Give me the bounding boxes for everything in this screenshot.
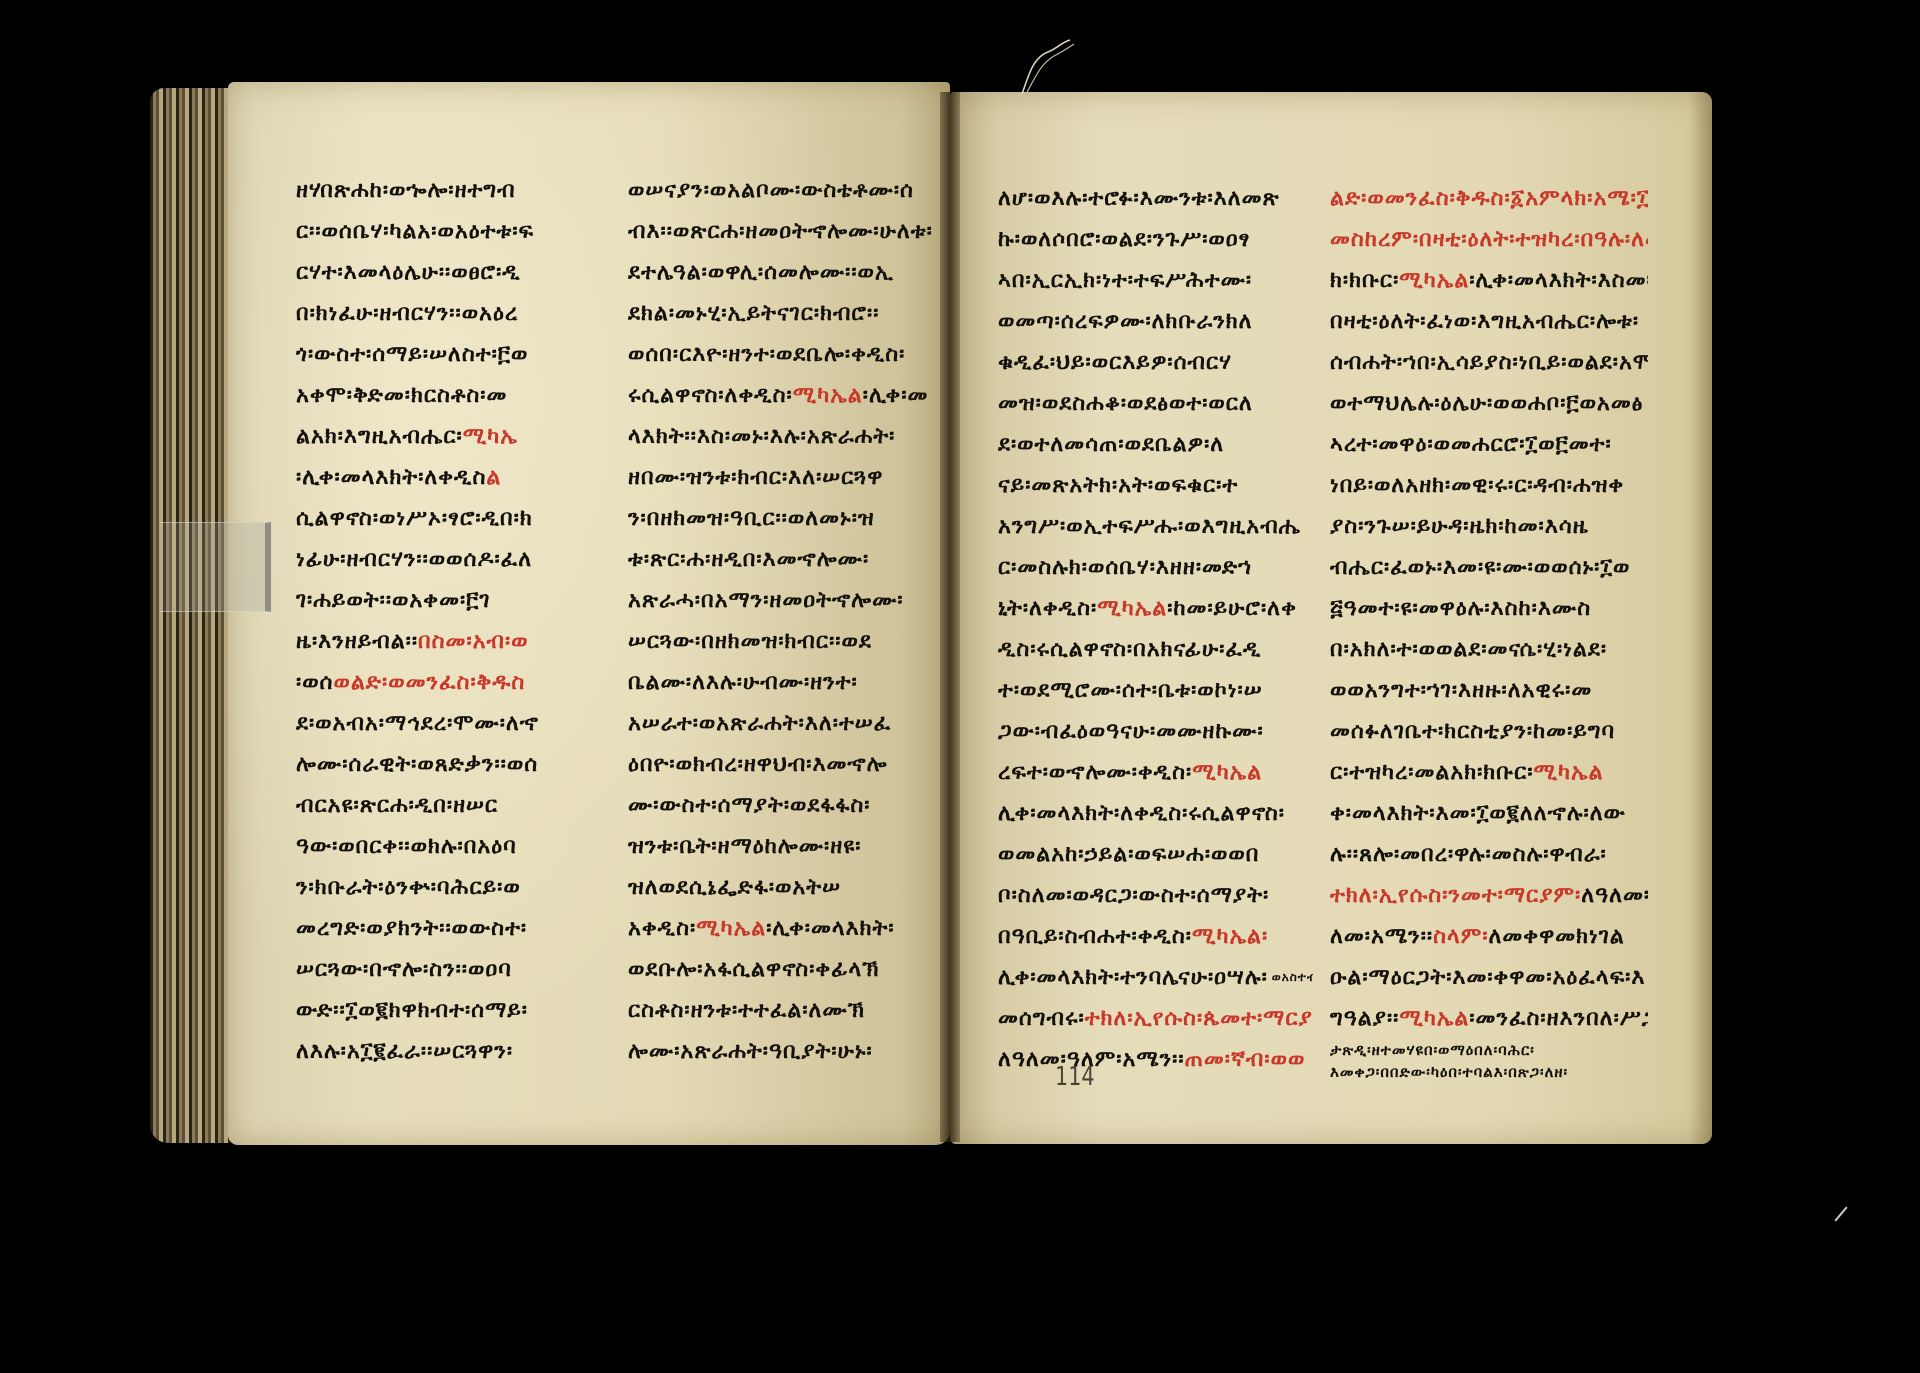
ink-text: ሎሙ፡ሰራዊት፡ወጸድቃን፡፡ወሰ: [296, 752, 538, 777]
text-line: ኒት፡ለቀዲስ፡ሚካኤል፡ከመ፡ይሁሮ፡ለቀ: [998, 588, 1313, 629]
rubric-text: ሚካኤ: [463, 424, 518, 449]
text-line: ን፡ክቡራት፡ዕንቍ፡ባሕርይ፡ወ: [296, 867, 608, 908]
text-line: ዑል፡ማዕርጋት፡እመ፡ቀዋመ፡አዕፈላፍ፡እ: [1330, 957, 1648, 998]
text-line: ለዓለመ፡ዓለም፡አሜን፡፡ጠመ፡ኛብ፡ወወ: [998, 1039, 1313, 1080]
text-line: በ፡ክነፈሁ፡ዘብርሃን፡፡ወአዕረ: [296, 293, 608, 334]
text-line: መረግድ፡ወያክንት፡፡ወውስተ፡: [296, 908, 608, 949]
ink-text: ደክል፡መኑሂ፡ኢይትናገር፡ክብሮ፡፡: [628, 301, 879, 326]
rubric-text: በስመ፡አብ፡ወ: [418, 629, 529, 654]
text-line: ር፡ተዝካረ፡መልአክ፡ክቡር፡ሚካኤል: [1330, 752, 1648, 793]
text-line: ደተሌዓል፡ወዋሊ፡ሰመሎሙ፡፡ወኢ: [628, 252, 938, 293]
rubric-text: ልድ፡ወመንፈስ፡ቅዱስ፡፩አምላክ፡አሜ፡፲ወ፪ለ: [1330, 186, 1648, 211]
rubric-text: ሚካኤል፡: [1192, 924, 1268, 949]
page-clip: [160, 522, 271, 612]
rubric-text: ተክለ፡ኢየሱስ፡ጴመተ፡ማርያም፡: [1085, 1006, 1313, 1031]
ink-text: መሰግብሩ፡: [998, 1006, 1085, 1031]
text-line: ጎ፡ውስተ፡ሰማይ፡ሠለስተ፡፫ወ: [296, 334, 608, 375]
rubric-text: ጠመ፡ኛብ፡ወወ: [1185, 1047, 1306, 1072]
scratch-mark: [1834, 1206, 1847, 1221]
ink-text: ታጽዲ፡ዘተመሃዩበ፡ወማዕበለ፡ባሕር፡: [1330, 1041, 1535, 1059]
text-line: ረፍተ፡ወኆሎሙ፡ቀዲስ፡ሚካኤል: [998, 752, 1313, 793]
text-line: ለሆ፡ወእሉ፡ተሮፉ፡እሙንቱ፡እለመጽ: [998, 178, 1313, 219]
text-line: ወወአንግተ፡ኀገ፡እዘዙ፡ለአዊሩ፡መ: [1330, 670, 1648, 711]
ink-text: ተ፡ወደሚሮሙ፡ሰተ፡ቤቱ፡ወኮነ፡ሠ: [998, 678, 1263, 703]
ink-text: ለመ፡አሜን፡፡: [1330, 924, 1433, 949]
ink-text: ልአክ፡እግዚአብሔር፡: [296, 424, 463, 449]
text-line: በዛቲ፡ዕለት፡ፈነወ፡እግዚአብሔር፡ሎቱ፡: [1330, 301, 1648, 342]
text-line: ርስቶስ፡ዘንቱ፡ተተፈል፡ለሙኽ: [628, 990, 938, 1031]
ink-text: ደ፡ወተለመሳጠ፡ወደቤልዎ፡ለ: [998, 432, 1224, 457]
ink-text: ክ፡ክቡር፡: [1330, 268, 1399, 293]
text-line: ሠርጓው፡በኆሎ፡ስን፡፡ወዐባ: [296, 949, 608, 990]
page-stack-edge: [150, 88, 230, 1143]
text-line: ገ፡ሐይወት፡፡ወአቀመ፡፫ገ: [296, 580, 608, 621]
ink-text: ደ፡ወአብአ፡ማኅደረ፡ሞሙ፡ለኆ: [296, 711, 539, 736]
ink-text: ሉ፡፡ጸሎ፡መበረ፡ዋሉ፡መስሉ፡ዋብራ፡: [1330, 842, 1607, 867]
rubric-text: ሚካኤል: [793, 383, 863, 408]
text-line: ቦ፡ስለመ፡ወዳርጋ፡ውስተ፡ሰማያት፡: [998, 875, 1313, 916]
ink-text: ፡ሊቀ፡መላእክት፡: [766, 916, 894, 941]
ink-text: ጎ፡ውስተ፡ሰማይ፡ሠለስተ፡፫ወ: [296, 342, 528, 367]
ink-text: ን፡በዘክመዝ፡ዓቢር፡፡ወለመኑ፡ዝ: [628, 506, 875, 531]
left-page-column-2: ወሠናያን፡ወአልቦሙ፡ውስቴቶሙ፡ሰብእ፡፡ወጽርሐ፡ዘመዐትኆሎሙ፡ሁለቱ፡…: [628, 170, 938, 1072]
ink-text: ብሔር፡ፈወኑ፡እመ፡ዩ፡ሙ፡ወወሰኑ፡፲ወ: [1330, 555, 1630, 580]
ink-text: ወሰበ፡ርእዮ፡ዘንተ፡ወደቤሎ፡ቀዲስ፡: [628, 342, 905, 367]
text-line: ውድ፡፡፲ወ፪ክዋክብተ፡ሰማይ፡: [296, 990, 608, 1031]
ink-text: ዝለወደሲኔፌድፋ፡ወአትሠ: [628, 875, 841, 900]
text-line: ቱ፡ጽር፡ሐ፡ዘዲበ፡እመኆሎሙ፡: [628, 539, 938, 580]
ink-text: ዓው፡ወበርቀ፡፡ወክሉ፡በአዕባ: [296, 834, 517, 859]
text-line: ለእሉ፡አ፲፪ፈራ፡፡ሠርጓዋን፡: [296, 1031, 608, 1072]
text-line: አሠራተ፡ወአጽራሐት፡እለ፡ተሠፈ: [628, 703, 938, 744]
text-line: ኣበ፡ኢርኢክ፡ነተ፡ተፍሥሕተሙ፡: [998, 260, 1313, 301]
ink-text: ኣበ፡ኢርኢክ፡ነተ፡ተፍሥሕተሙ፡: [998, 268, 1252, 293]
text-line: ናይ፡መጽአትክ፡አት፡ወፍቁር፡ተ: [998, 465, 1313, 506]
ink-text: ናይ፡መጽአትክ፡አት፡ወፍቁር፡ተ: [998, 473, 1238, 498]
text-line: ን፡በዘክመዝ፡ዓቢር፡፡ወለመኑ፡ዝ: [628, 498, 938, 539]
ink-text: ወደቡሎ፡አፋሲልዋኖስ፡ቀፊላኽ: [628, 957, 879, 982]
ink-text: ፡ሊቀ፡መ: [863, 383, 929, 408]
text-line: ፡ሊቀ፡መላእክት፡ለቀዲስል: [296, 457, 608, 498]
text-line: ሊቀ፡መላእክት፡ተንባሌናሁ፡ዐሣሉ፡ወአስተብቍዑ፡: [998, 957, 1313, 998]
right-page-column-1: ለሆ፡ወእሉ፡ተሮፉ፡እሙንቱ፡እለመጽኩ፡ወለሶበሮ፡ወልደ፡ንጉሥ፡ወዐፃኣ…: [998, 178, 1313, 1080]
page-number: 114: [1055, 1062, 1095, 1092]
text-line: ቤልሙ፡ለእሉ፡ሁብሙ፡ዘንተ፡: [628, 662, 938, 703]
ink-text: መረግድ፡ወያክንት፡፡ወውስተ፡: [296, 916, 527, 941]
ink-text: ሊቀ፡መላእክት፡ለቀዲስ፡ሩሲልዋኖስ፡: [998, 801, 1285, 826]
ink-text: አንግሥ፡ወኢተፍሥሑ፡ወእግዚአብሔ: [998, 514, 1301, 539]
rubric-text: ስላም፡: [1433, 924, 1488, 949]
ink-text: ውድ፡፡፲ወ፪ክዋክብተ፡ሰማይ፡: [296, 998, 528, 1023]
ink-text: ለእሉ፡አ፲፪ፈራ፡፡ሠርጓዋን፡: [296, 1039, 513, 1064]
text-line: መዝ፡ወደስሐቆ፡ወደፅወተ፡ወርለ: [998, 383, 1313, 424]
ink-text: ርስቶስ፡ዘንቱ፡ተተፈል፡ለሙኽ: [628, 998, 865, 1023]
text-line: ፭ዓመተ፡ዩ፡መዋዕሉ፡እስከ፡እሙስ: [1330, 588, 1648, 629]
text-line: ሎሙ፡ሰራዊት፡ወጸድቃን፡፡ወሰ: [296, 744, 608, 785]
manuscript-photo: ዘሃበጽሐከ፡ወኈሎ፡ዘተግብር፡፡ወሰቤሃ፡ካልአ፡ወአዕተቱ፡ፍርሃተ፡እመ…: [0, 0, 1920, 1373]
ink-text: ፡መንፈስ፡ዘእንበለ፡ሥጋ፡: [1469, 1006, 1648, 1031]
text-line: ወመጣ፡ሰረፍዎሙ፡ለክቡራንክለ: [998, 301, 1313, 342]
text-line: ብርአዩ፡ጽርሐ፡ዲበ፡ዘሠር: [296, 785, 608, 826]
ink-text: ያስ፡ንጉሠ፡ይሁዳ፡ዜክ፡ከመ፡እሳዜ: [1330, 514, 1589, 539]
text-line: ዘበሙ፡ዝንቱ፡ክብር፡እለ፡ሠርጓዋ: [628, 457, 938, 498]
ink-text: ርሃተ፡እመላዕሌሁ፡፡ወፀሮ፡ዲ: [296, 260, 521, 285]
ink-text: ለመቀዋመክነገል: [1489, 924, 1625, 949]
ink-text: ወወአንግተ፡ኀገ፡እዘዙ፡ለአዊሩ፡መ: [1330, 678, 1592, 703]
ink-text: ኒት፡ለቀዲስ፡: [998, 596, 1097, 621]
text-line: መሰግብሩ፡ተክለ፡ኢየሱስ፡ጴመተ፡ማርያም፡: [998, 998, 1313, 1039]
ink-text: መዝ፡ወደስሐቆ፡ወደፅወተ፡ወርለ: [998, 391, 1253, 416]
ink-text: ሙ፡ውስተ፡ሰማያት፡ወደፋፋስ፡: [628, 793, 871, 818]
ink-text: ኣረተ፡መዋዕ፡ወመሐርሮ፡፲ወ፫መተ፡: [1330, 432, 1612, 457]
ink-text: ቁዲፈ፡ህይ፡ወርእይዎ፡ሰብርሃ: [998, 350, 1232, 375]
text-line: አቀሞ፡ቅድመ፡ክርስቶስ፡መ: [296, 375, 608, 416]
text-line: ርሃተ፡እመላዕሌሁ፡፡ወፀሮ፡ዲ: [296, 252, 608, 293]
ink-text: ኩ፡ወለሶበሮ፡ወልደ፡ንጉሥ፡ወዐፃ: [998, 227, 1250, 252]
ink-text: በ፡አክለ፡ተ፡ወወልደ፡መናሴ፡ሂ፡ነልደ፡: [1330, 637, 1607, 662]
text-line: ተክለ፡ኢየሱስ፡ንመተ፡ማርያም፡ለዓለመ፡ዓ: [1330, 875, 1648, 916]
ink-text: ዑል፡ማዕርጋት፡እመ፡ቀዋመ፡አዕፈላፍ፡እ: [1330, 965, 1645, 990]
text-line: በ፡አክለ፡ተ፡ወወልደ፡መናሴ፡ሂ፡ነልደ፡: [1330, 629, 1648, 670]
text-line: አቀዲስ፡ሚካኤል፡ሊቀ፡መላእክት፡: [628, 908, 938, 949]
ink-text: ን፡ክቡራት፡ዕንቍ፡ባሕርይ፡ወ: [296, 875, 521, 900]
text-line: ወመልአከ፡ኃይል፡ወፍሠሐ፡ወወበ: [998, 834, 1313, 875]
text-line: ጋው፡ብፈዕወዓናሁ፡መሙዘኩሙ፡: [998, 711, 1313, 752]
ink-text: ደተሌዓል፡ወዋሊ፡ሰመሎሙ፡፡ወኢ: [628, 260, 894, 285]
text-line: ሩሲልዋኖስ፡ለቀዲስ፡ሚካኤል፡ሊቀ፡መ: [628, 375, 938, 416]
text-line: በዓቢይ፡ስብሐተ፡ቀዲስ፡ሚካኤል፡: [998, 916, 1313, 957]
text-line: ሠርጓው፡በዘክመዝ፡ክብር፡፡ወደ: [628, 621, 938, 662]
ink-text: በ፡ክነፈሁ፡ዘብርሃን፡፡ወአዕረ: [296, 301, 518, 326]
text-line: ሰብሐት፡ኀበ፡ኢሳይያስ፡ነቢይ፡ወልደ፡አሞጽ፡: [1330, 342, 1648, 383]
text-line: ሎሙ፡አጽራሐት፡ዓቢያት፡ሁኑ፡: [628, 1031, 938, 1072]
text-line: ዘሃበጽሐከ፡ወኈሎ፡ዘተግብ: [296, 170, 608, 211]
text-line: ልአክ፡እግዚአብሔር፡ሚካኤ: [296, 416, 608, 457]
ink-text: ሎሙ፡አጽራሐት፡ዓቢያት፡ሁኑ፡: [628, 1039, 873, 1064]
ink-text: እመቀጋ፡በበድው፡ካዕበ፡ተባልእ፡በጽጋ፡ለዘ፡: [1330, 1063, 1568, 1081]
ink-text: ፡ወሰ: [296, 670, 333, 695]
book-gutter: [940, 92, 960, 1142]
marginal-note: ወአስተብቍዑ፡: [1272, 970, 1313, 984]
text-line: ቀ፡መላእክት፡እመ፡፲ወ፪ለለኆሉ፡ለው: [1330, 793, 1648, 834]
text-line: ብሔር፡ፈወኑ፡እመ፡ዩ፡ሙ፡ወወሰኑ፡፲ወ: [1330, 547, 1648, 588]
rubric-text: ሚካኤል: [1097, 596, 1167, 621]
text-line: ተ፡ወደሚሮሙ፡ሰተ፡ቤቱ፡ወኮነ፡ሠ: [998, 670, 1313, 711]
ink-text: ገ፡ሐይወት፡፡ወአቀመ፡፫ገ: [296, 588, 490, 613]
ink-text: አጽራሓ፡በአማን፡ዘመዐትኆሎሙ፡: [628, 588, 904, 613]
ink-text: ለሆ፡ወእሉ፡ተሮፉ፡እሙንቱ፡እለመጽ: [998, 186, 1280, 211]
ink-text: ነፊሁ፡ዘብርሃን፡፡ወወሰዶ፡ፈለ: [296, 547, 532, 572]
text-line: ቁዲፈ፡ህይ፡ወርእይዎ፡ሰብርሃ: [998, 342, 1313, 383]
loose-thread: [1018, 38, 1078, 96]
rubric-text: ሚካኤል: [1534, 760, 1604, 785]
text-line: ግዓልያ፡፡ሚካኤል፡መንፈስ፡ዘእንበለ፡ሥጋ፡: [1330, 998, 1648, 1039]
ink-text: ሩሲልዋኖስ፡ለቀዲስ፡: [628, 383, 793, 408]
ink-text: ነበይ፡ወለአዘክ፡መዊ፡ሩ፡ር፡ዳብ፡ሐዝቀ: [1330, 473, 1624, 498]
rubric-text: ተክለ፡ኢየሱስ፡ንመተ፡ማርያም፡: [1330, 883, 1581, 908]
ink-text: ር፡መስሉክ፡ወሰቤሃ፡እዘዘ፡መድኀ: [998, 555, 1252, 580]
text-line: ዜ፡እንዘይብል፡፡በስመ፡አብ፡ወ: [296, 621, 608, 662]
text-line: ሊቀ፡መላእክት፡ለቀዲስ፡ሩሲልዋኖስ፡: [998, 793, 1313, 834]
text-line: እመቀጋ፡በበድው፡ካዕበ፡ተባልእ፡በጽጋ፡ለዘ፡: [1330, 1061, 1648, 1083]
text-line: ዝለወደሲኔፌድፋ፡ወአትሠ: [628, 867, 938, 908]
ink-text: ዝንቱ፡ቤት፡ዘማዕከሎሙ፡ዘዩ፡: [628, 834, 861, 859]
text-line: ሙ፡ውስተ፡ሰማያት፡ወደፋፋስ፡: [628, 785, 938, 826]
text-line: አንግሥ፡ወኢተፍሥሑ፡ወእግዚአብሔ: [998, 506, 1313, 547]
text-line: ያስ፡ንጉሠ፡ይሁዳ፡ዜክ፡ከመ፡እሳዜ: [1330, 506, 1648, 547]
ink-text: ቤልሙ፡ለእሉ፡ሁብሙ፡ዘንተ፡: [628, 670, 858, 695]
rubric-text: ሚካኤል: [696, 916, 766, 941]
text-line: ላእክት፡፡እስ፡መኑ፡እሉ፡አጽራሐት፡: [628, 416, 938, 457]
ink-text: ዕበዮ፡ወክብረ፡ዘዋህብ፡እመኆሎ: [628, 752, 888, 777]
ink-text: አቀሞ፡ቅድመ፡ክርስቶስ፡መ: [296, 383, 507, 408]
ink-text: ቦ፡ስለመ፡ወዳርጋ፡ውስተ፡ሰማያት፡: [998, 883, 1269, 908]
text-line: ወሰበ፡ርእዮ፡ዘንተ፡ወደቤሎ፡ቀዲስ፡: [628, 334, 938, 375]
ink-text: ረፍተ፡ወኆሎሙ፡ቀዲስ፡: [998, 760, 1192, 785]
ink-text: ዘበሙ፡ዝንቱ፡ክብር፡እለ፡ሠርጓዋ: [628, 465, 883, 490]
rubric-text: ሚካኤል: [1399, 268, 1469, 293]
ink-text: ወመልአከ፡ኃይል፡ወፍሠሐ፡ወወበ: [998, 842, 1259, 867]
ink-text: በዓቢይ፡ስብሐተ፡ቀዲስ፡: [998, 924, 1192, 949]
rubric-text: ወልድ፡ወመንፈስ፡ቅዱስ: [333, 670, 525, 695]
text-line: ልድ፡ወመንፈስ፡ቅዱስ፡፩አምላክ፡አሜ፡፲ወ፪ለ: [1330, 178, 1648, 219]
ink-text: ዲስ፡ሩሲልዋኖስ፡በአክናፊሁ፡ፈዲ: [998, 637, 1261, 662]
text-line: ነፊሁ፡ዘብርሃን፡፡ወወሰዶ፡ፈለ: [296, 539, 608, 580]
text-line: ወሠናያን፡ወአልቦሙ፡ውስቴቶሙ፡ሰ: [628, 170, 938, 211]
text-line: ሲልዋኖስ፡ወነሥኦ፡ፃሮ፡ዲበ፡ክ: [296, 498, 608, 539]
ink-text: ላእክት፡፡እስ፡መኑ፡እሉ፡አጽራሐት፡: [628, 424, 895, 449]
text-line: ኣረተ፡መዋዕ፡ወመሐርሮ፡፲ወ፫መተ፡: [1330, 424, 1648, 465]
right-page-column-2: ልድ፡ወመንፈስ፡ቅዱስ፡፩አምላክ፡አሜ፡፲ወ፪ለመስከረም፡በዛቲ፡ዕለት፡…: [1330, 178, 1648, 1083]
ink-text: ወተማህሌሉ፡ዕሌሁ፡ወወሐቦ፡፫ወአመፅ: [1330, 391, 1643, 416]
ink-text: ሲልዋኖስ፡ወነሥኦ፡ፃሮ፡ዲበ፡ክ: [296, 506, 533, 531]
text-line: ደክል፡መኑሂ፡ኢይትናገር፡ክብሮ፡፡: [628, 293, 938, 334]
ink-text: በዛቲ፡ዕለት፡ፈነወ፡እግዚአብሔር፡ሎቱ፡: [1330, 309, 1639, 334]
ink-text: ሊቀ፡መላእክት፡ተንባሌናሁ፡ዐሣሉ፡: [998, 965, 1268, 990]
rubric-text: ሚካኤል: [1399, 1006, 1469, 1031]
text-line: ለመ፡አሜን፡፡ስላም፡ለመቀዋመክነገል: [1330, 916, 1648, 957]
ink-text: ሠርጓው፡በኆሎ፡ስን፡፡ወዐባ: [296, 957, 512, 982]
ink-text: ወሠናያን፡ወአልቦሙ፡ውስቴቶሙ፡ሰ: [628, 178, 914, 203]
rubric-text: ል: [486, 465, 501, 490]
ink-text: ብእ፡፡ወጽርሐ፡ዘመዐትኆሎሙ፡ሁለቱ፡: [628, 219, 933, 244]
text-line: ዕበዮ፡ወክብረ፡ዘዋህብ፡እመኆሎ: [628, 744, 938, 785]
text-line: ር፡፡ወሰቤሃ፡ካልአ፡ወአዕተቱ፡ፍ: [296, 211, 608, 252]
text-line: ዲስ፡ሩሲልዋኖስ፡በአክናፊሁ፡ፈዲ: [998, 629, 1313, 670]
text-line: ኩ፡ወለሶበሮ፡ወልደ፡ንጉሥ፡ወዐፃ: [998, 219, 1313, 260]
ink-text: ዜ፡እንዘይብል፡፡: [296, 629, 418, 654]
text-line: መሰፉለገቤተ፡ክርስቲያን፡ከመ፡ይግባ: [1330, 711, 1648, 752]
ink-text: ር፡ተዝካረ፡መልአክ፡ክቡር፡: [1330, 760, 1534, 785]
ink-text: ወመጣ፡ሰረፍዎሙ፡ለክቡራንክለ: [998, 309, 1253, 334]
ink-text: ቱ፡ጽር፡ሐ፡ዘዲበ፡እመኆሎሙ፡: [628, 547, 869, 572]
ink-text: መሰፉለገቤተ፡ክርስቲያን፡ከመ፡ይግባ: [1330, 719, 1615, 744]
text-line: ደ፡ወተለመሳጠ፡ወደቤልዎ፡ለ: [998, 424, 1313, 465]
ink-text: ግዓልያ፡፡: [1330, 1006, 1399, 1031]
rubric-text: መስከረም፡በዛቲ፡ዕለት፡ተዝካረ፡በዓሉ፡ለመልአ: [1330, 227, 1648, 252]
text-line: ወደቡሎ፡አፋሲልዋኖስ፡ቀፊላኽ: [628, 949, 938, 990]
ink-text: ር፡፡ወሰቤሃ፡ካልአ፡ወአዕተቱ፡ፍ: [296, 219, 534, 244]
text-line: ሉ፡፡ጸሎ፡መበረ፡ዋሉ፡መስሉ፡ዋብራ፡: [1330, 834, 1648, 875]
text-line: ክ፡ክቡር፡ሚካኤል፡ሊቀ፡መላእክት፡እስመ፡: [1330, 260, 1648, 301]
rubric-text: ሚካኤል: [1192, 760, 1262, 785]
text-line: ፡ወሰወልድ፡ወመንፈስ፡ቅዱስ: [296, 662, 608, 703]
ink-text: ብርአዩ፡ጽርሐ፡ዲበ፡ዘሠር: [296, 793, 498, 818]
text-line: ወተማህሌሉ፡ዕሌሁ፡ወወሐቦ፡፫ወአመፅ: [1330, 383, 1648, 424]
ink-text: ፡ሊቀ፡መላእክት፡ለቀዲስ: [296, 465, 486, 490]
ink-text: አሠራተ፡ወአጽራሐት፡እለ፡ተሠፈ: [628, 711, 891, 736]
ink-text: ፡ከመ፡ይሁሮ፡ለቀ: [1167, 596, 1297, 621]
text-line: ደ፡ወአብአ፡ማኅደረ፡ሞሙ፡ለኆ: [296, 703, 608, 744]
ink-text: ፭ዓመተ፡ዩ፡መዋዕሉ፡እስከ፡እሙስ: [1330, 596, 1591, 621]
ink-text: ለዓለመ፡ዓ: [1581, 883, 1648, 908]
text-line: ነበይ፡ወለአዘክ፡መዊ፡ሩ፡ር፡ዳብ፡ሐዝቀ: [1330, 465, 1648, 506]
text-line: ር፡መስሉክ፡ወሰቤሃ፡እዘዘ፡መድኀ: [998, 547, 1313, 588]
text-line: ዝንቱ፡ቤት፡ዘማዕከሎሙ፡ዘዩ፡: [628, 826, 938, 867]
text-line: ታጽዲ፡ዘተመሃዩበ፡ወማዕበለ፡ባሕር፡: [1330, 1039, 1648, 1061]
text-line: አጽራሓ፡በአማን፡ዘመዐትኆሎሙ፡: [628, 580, 938, 621]
ink-text: ፡ሊቀ፡መላእክት፡እስመ፡: [1469, 268, 1648, 293]
text-line: መስከረም፡በዛቲ፡ዕለት፡ተዝካረ፡በዓሉ፡ለመልአ: [1330, 219, 1648, 260]
left-page-column-1: ዘሃበጽሐከ፡ወኈሎ፡ዘተግብር፡፡ወሰቤሃ፡ካልአ፡ወአዕተቱ፡ፍርሃተ፡እመ…: [296, 170, 608, 1072]
ink-text: ዘሃበጽሐከ፡ወኈሎ፡ዘተግብ: [296, 178, 516, 203]
text-line: ዓው፡ወበርቀ፡፡ወክሉ፡በአዕባ: [296, 826, 608, 867]
ink-text: ሰብሐት፡ኀበ፡ኢሳይያስ፡ነቢይ፡ወልደ፡አሞጽ፡: [1330, 350, 1648, 375]
ink-text: አቀዲስ፡: [628, 916, 696, 941]
ink-text: ቀ፡መላእክት፡እመ፡፲ወ፪ለለኆሉ፡ለው: [1330, 801, 1626, 826]
ink-text: ጋው፡ብፈዕወዓናሁ፡መሙዘኩሙ፡: [998, 719, 1264, 744]
ink-text: ሠርጓው፡በዘክመዝ፡ክብር፡፡ወደ: [628, 629, 872, 654]
text-line: ብእ፡፡ወጽርሐ፡ዘመዐትኆሎሙ፡ሁለቱ፡: [628, 211, 938, 252]
